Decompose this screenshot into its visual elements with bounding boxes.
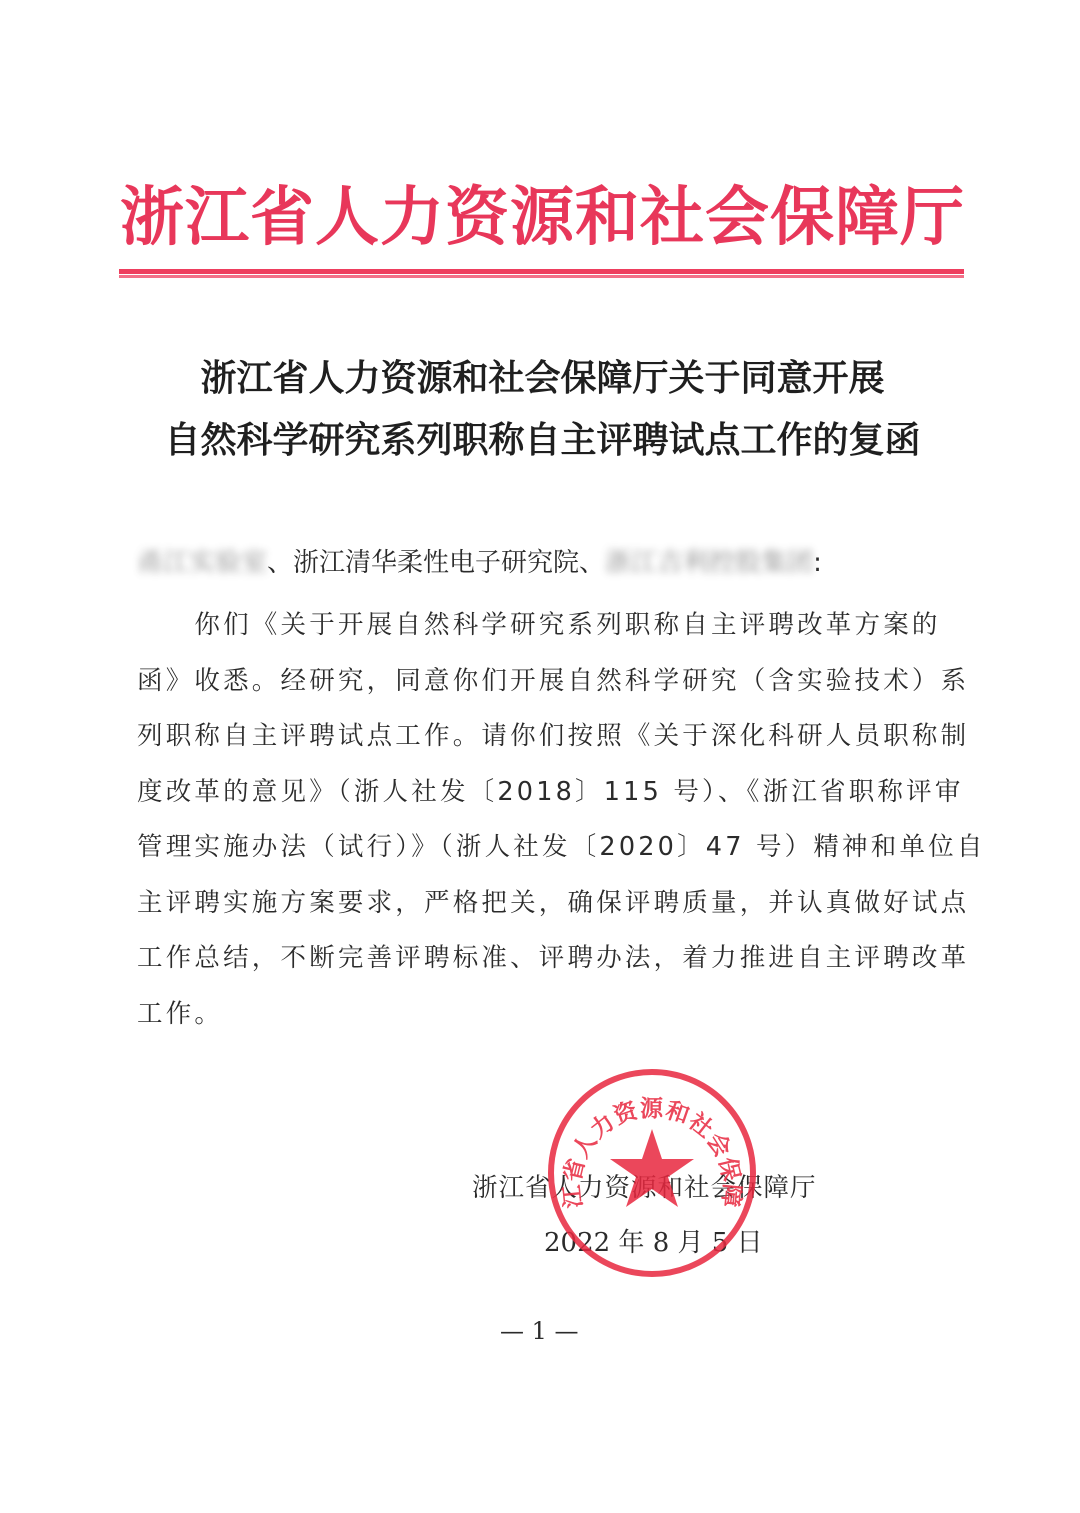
addressee-line: 甬江实验室、浙江清华柔性电子研究院、浙江吉利控股集团: — [137, 545, 822, 581]
recipient-2: 浙江清华柔性电子研究院 — [293, 548, 579, 578]
signature-date: 2022 年 8 月 5 日 — [544, 1225, 763, 1261]
body-line: 列职称自主评聘试点工作。请你们按照《关于深化科研人员职称制 — [137, 709, 959, 765]
body-line: 度改革的意见》（浙人社发〔2018〕115 号）、《浙江省职称评审 — [137, 765, 959, 821]
rule-thick-line — [119, 269, 964, 274]
body-line: 你们《关于开展自然科学研究系列职称自主评聘改革方案的 — [137, 598, 959, 654]
agency-letterhead: 浙江省人力资源和社会保障厅 — [120, 178, 965, 258]
addressee-colon: : — [813, 548, 822, 578]
document-page: 浙江省人力资源和社会保障厅 浙江省人力资源和社会保障厅关于同意开展 自然科学研究… — [0, 0, 1080, 1513]
body-line: 工作总结，不断完善评聘标准、评聘办法，着力推进自主评聘改革 — [137, 931, 959, 987]
body-line: 主评聘实施方案要求，严格把关，确保评聘质量，并认真做好试点 — [137, 876, 959, 932]
letterhead-red-rule — [119, 269, 964, 278]
body-line: 管理实施办法（试行）》（浙人社发〔2020〕47 号）精神和单位自 — [137, 820, 959, 876]
body-line: 函》收悉。经研究，同意你们开展自然科学研究（含实验技术）系 — [137, 654, 959, 710]
document-title-line-1: 浙江省人力资源和社会保障厅关于同意开展 — [120, 356, 965, 400]
body-line: 工作。 — [137, 987, 959, 1043]
addressee-separator: 、 — [579, 548, 605, 578]
document-title-line-2: 自然科学研究系列职称自主评聘试点工作的复函 — [120, 418, 965, 462]
page-number: — 1 — — [500, 1315, 579, 1347]
addressee-separator: 、 — [267, 548, 293, 578]
redacted-recipient-3: 浙江吉利控股集团 — [605, 545, 813, 581]
redacted-recipient-1: 甬江实验室 — [137, 545, 267, 581]
signature-agency: 浙江省人力资源和社会保障厅 — [472, 1170, 817, 1206]
letter-body: 你们《关于开展自然科学研究系列职称自主评聘改革方案的 函》收悉。经研究，同意你们… — [137, 598, 959, 1042]
rule-thin-line — [119, 275, 964, 278]
